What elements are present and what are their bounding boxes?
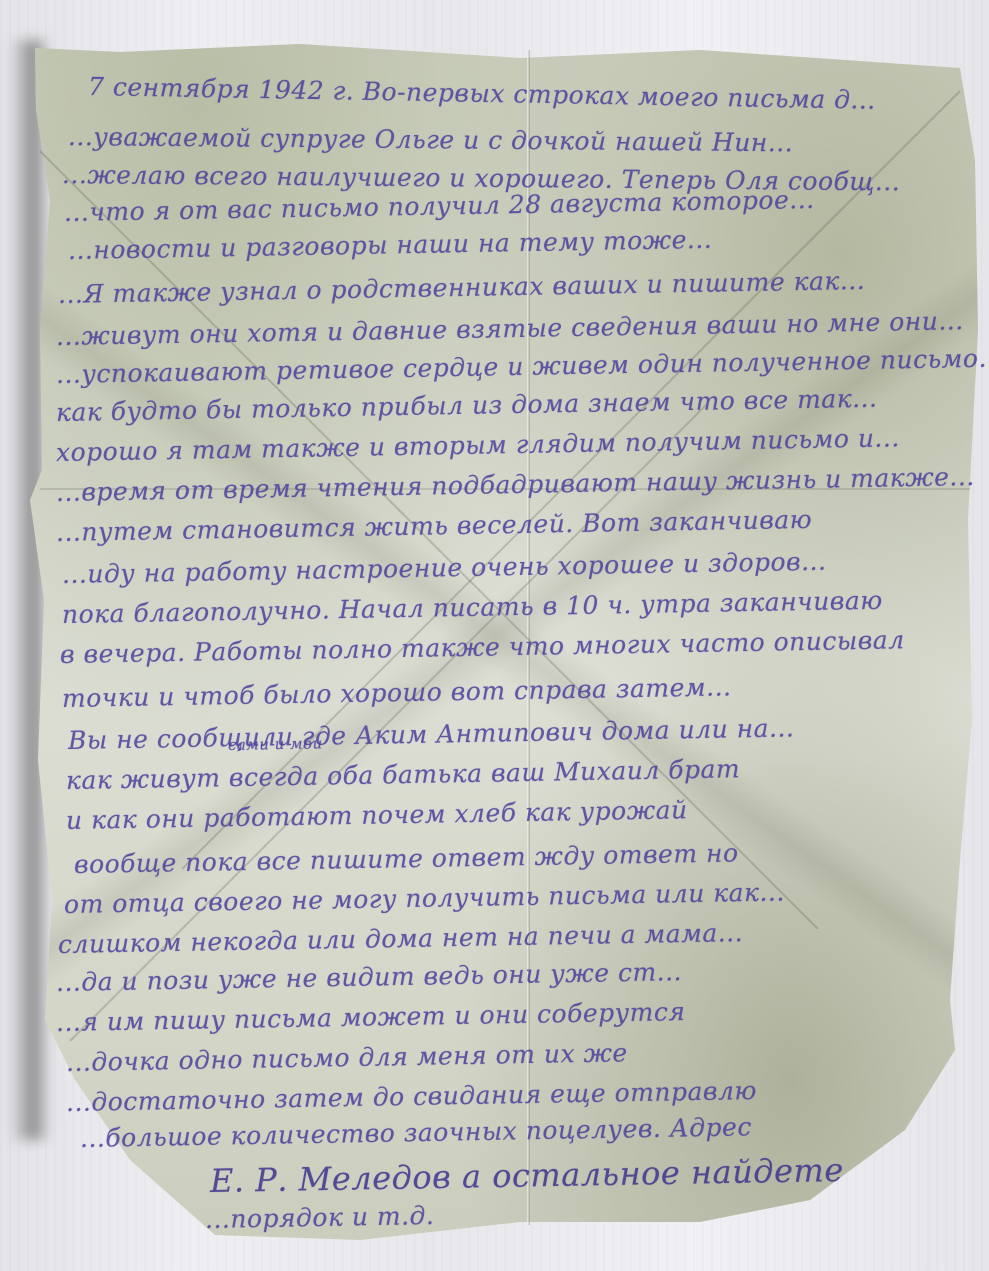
letter-line-date: 7 сентября 1942 г. Во-первых строках мое… <box>88 72 876 115</box>
letter-line: ...иду на работу настроение очень хороше… <box>62 547 827 589</box>
letter-line: слишком некогда или дома нет на печи а м… <box>58 918 744 959</box>
signature: Е. Р. Меледов а остальное найдете <box>210 1151 844 1200</box>
letter-line-closing: ...порядок и т.д. <box>205 1201 435 1234</box>
letter-line: ...дочка одно письмо для меня от их же <box>66 1038 628 1077</box>
letter-line: ...я им пишу письма может и они соберутс… <box>56 997 686 1037</box>
letter-line: пока благополучно. Начал писать в 10 ч. … <box>62 586 883 629</box>
letter-line: как живут всегда оба батька ваш Михаил б… <box>66 754 741 795</box>
letter-line: ...большое количество заочных поцелуев. … <box>80 1112 752 1153</box>
handwritten-text: 7 сентября 1942 г. Во-первых строках мое… <box>0 0 989 1271</box>
letter-line: ...успокаивают ретивое сердце и живем од… <box>56 343 989 389</box>
letter-line: ...да и пози уже не видит ведь они уже с… <box>56 957 682 997</box>
letter-line: точки и чтоб было хорошо вот справа зате… <box>62 672 732 713</box>
letter-line: ...Я также узнал о родственниках ваших и… <box>58 266 866 309</box>
letter-line: ...новости и разговоры наши на тему тоже… <box>68 225 713 265</box>
letter-line: вообще пока все пишите ответ жду ответ н… <box>74 838 739 879</box>
letter-line: ...время от время чтения подбадривают на… <box>56 462 975 507</box>
letter-line: хорошо я там также и вторым глядим получ… <box>56 423 900 467</box>
letter-line: Вы не сообщили где Аким Антипович дома и… <box>68 713 795 755</box>
letter-line: ...что я от вас письмо получил 28 август… <box>64 185 815 227</box>
letter-line: ...уважаемой супруге Ольге и с дочкой на… <box>68 122 793 157</box>
interlinear-note: сами и мои <box>228 734 323 754</box>
letter-line: как будто бы только прибыл из дома знаем… <box>56 384 878 427</box>
letter-line: ...живут они хотя и давние взятые сведен… <box>56 306 964 351</box>
letter-line: от отца своего не могу получить письма и… <box>64 877 785 919</box>
letter-line: в вечера. Работы полно также что многих … <box>60 625 905 669</box>
letter-line: и как они работают почем хлеб как урожай <box>66 795 688 835</box>
letter-line: ...путем становится жить веселей. Вот за… <box>56 505 813 547</box>
letter-line: ...достаточно затем до свидания еще отпр… <box>66 1076 757 1117</box>
